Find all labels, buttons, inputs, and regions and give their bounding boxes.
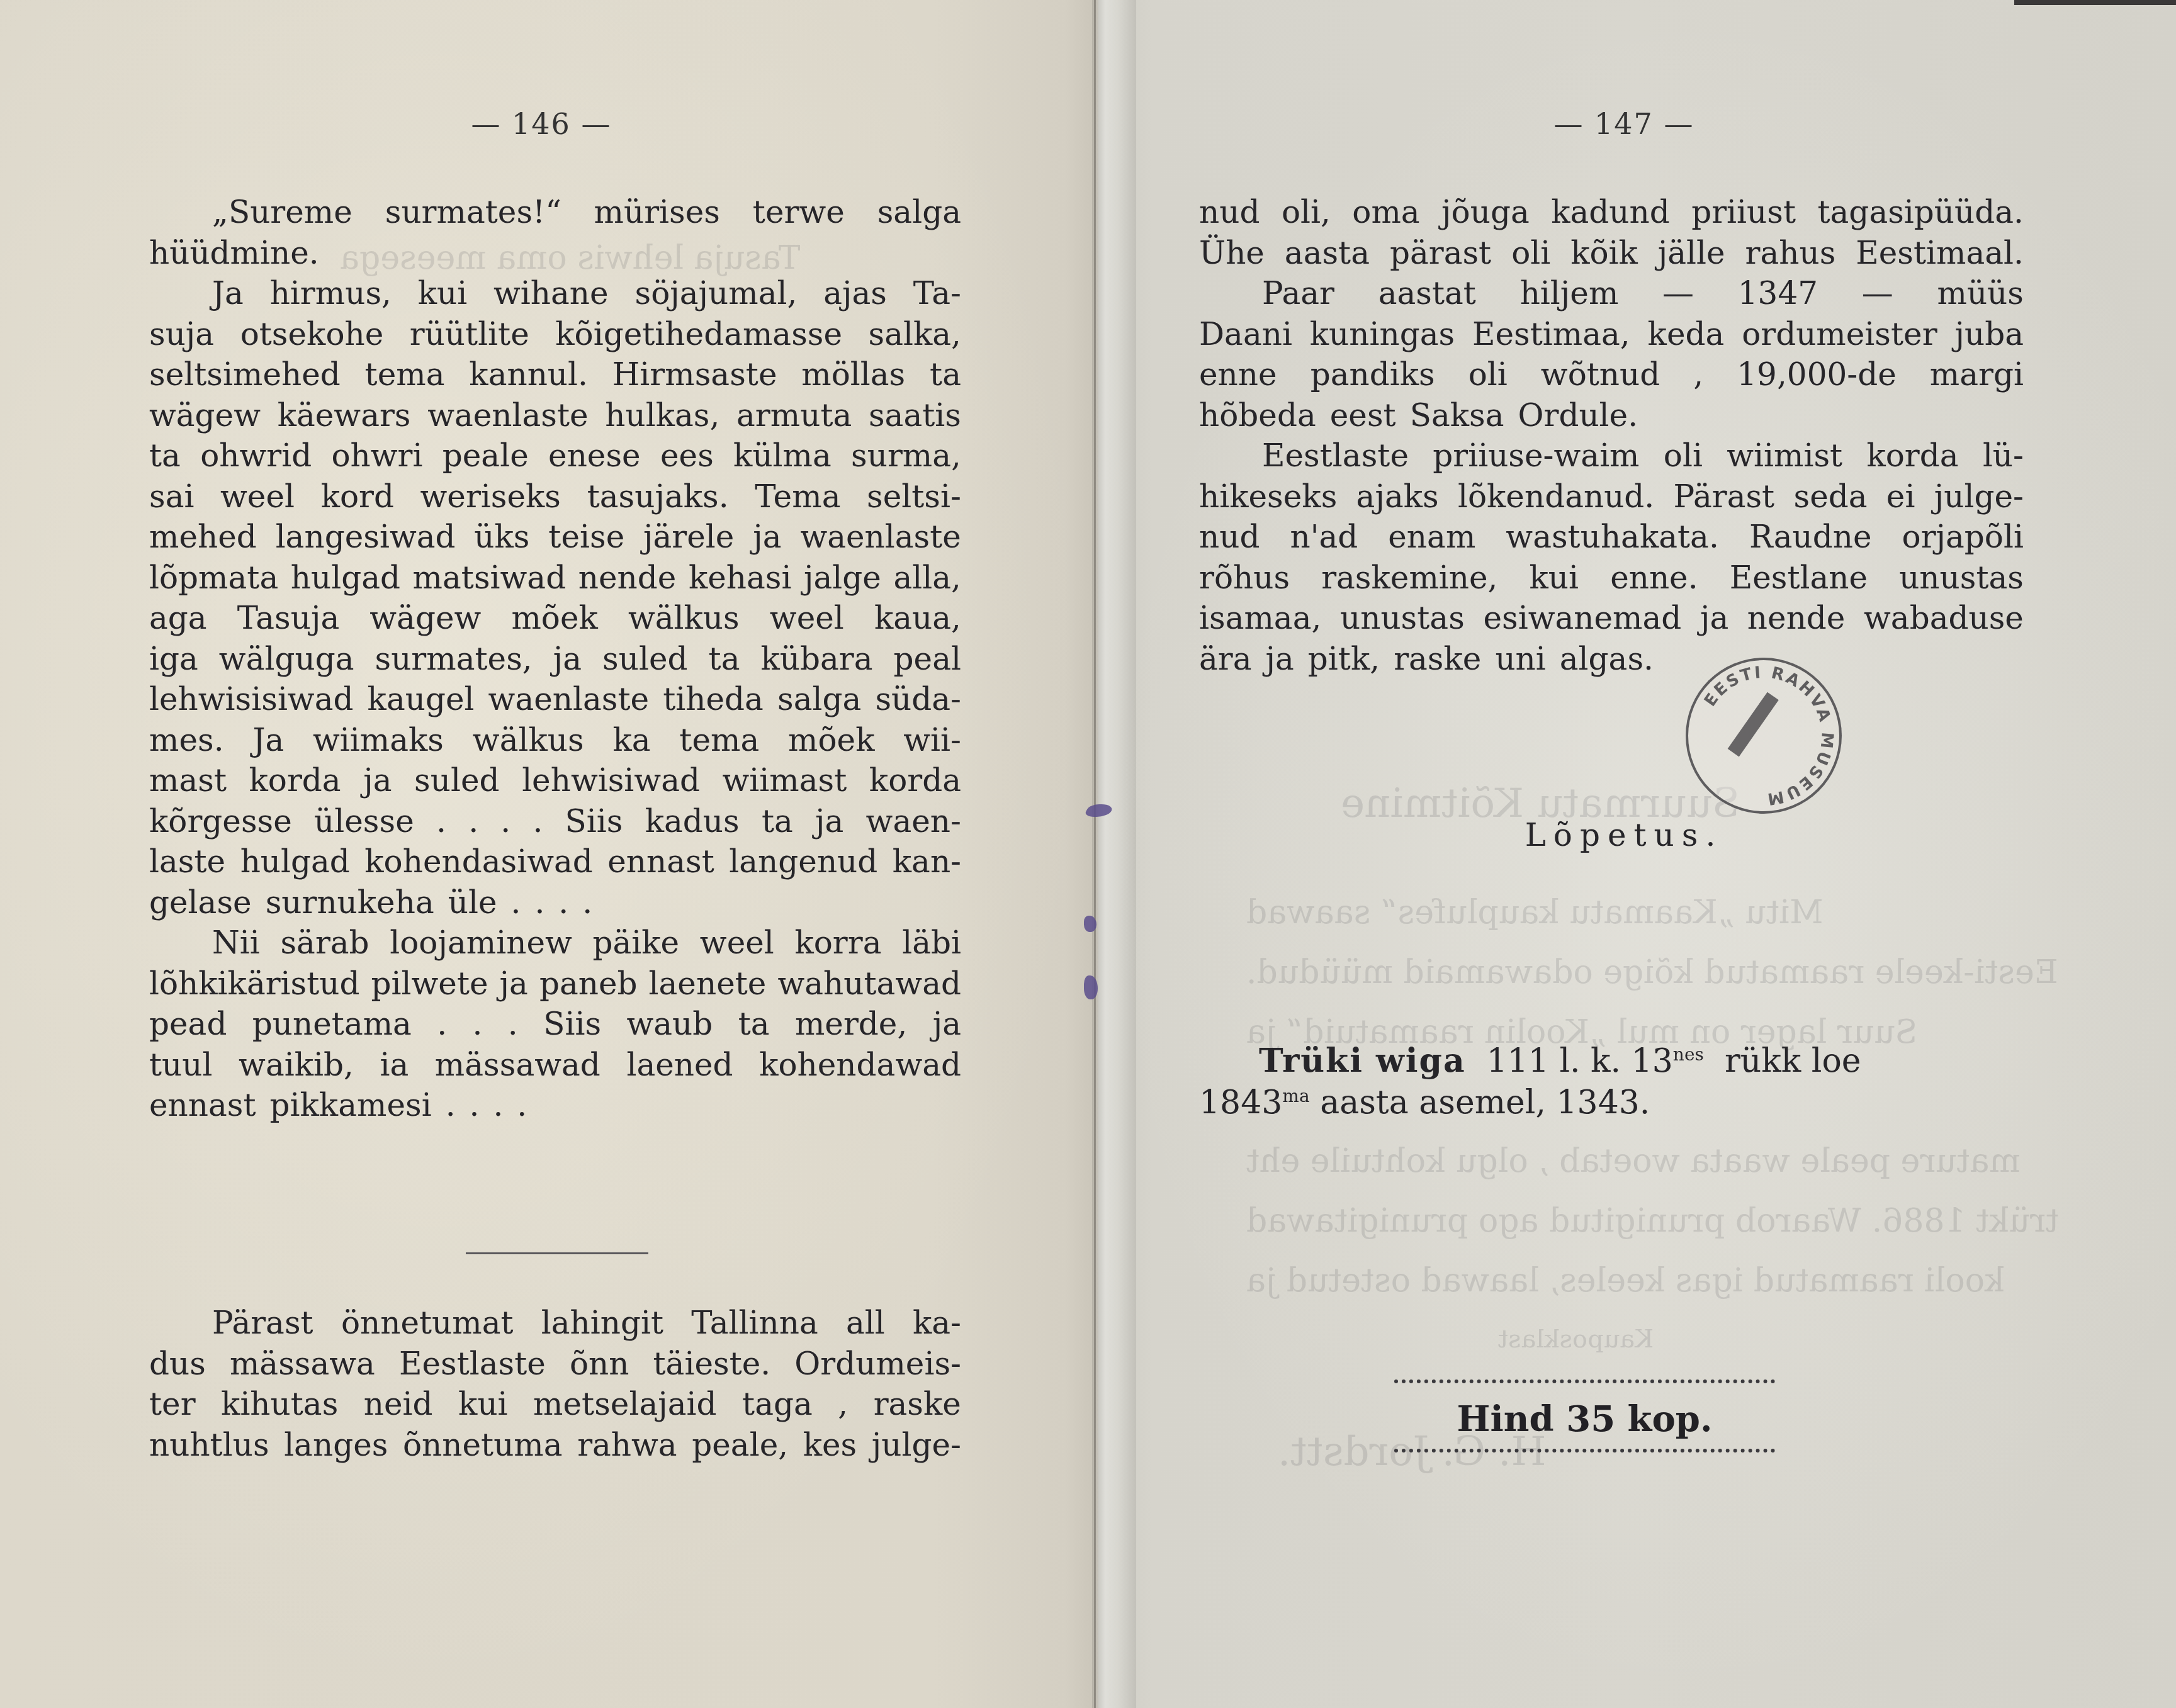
word: õnnetuma xyxy=(403,1425,563,1466)
word: järele xyxy=(643,517,734,558)
closing-heading: Lõpetus. xyxy=(1435,817,1813,853)
word: korda xyxy=(1866,435,1958,476)
word: Saksa xyxy=(1410,395,1504,436)
price-label: Hind 35 kop. xyxy=(1394,1398,1775,1440)
word: waikib, xyxy=(239,1045,354,1086)
word: lõhkikäristud xyxy=(149,964,360,1004)
text-line: lehwisisiwadkaugelwaenlastetihedasalgasü… xyxy=(149,679,961,720)
text-line: ÜheaastapärastolikõikjällerahusEestimaal… xyxy=(1199,233,2024,274)
word: . xyxy=(437,1004,447,1045)
word: tiheda xyxy=(663,679,764,720)
word: metselajaid xyxy=(533,1384,716,1425)
text-line: igawälgugasurmates,jasuledtakübarapeal xyxy=(149,639,961,680)
text-line: kõrgesseülesse....Siiskadustajawaen- xyxy=(149,801,961,842)
word: unustas xyxy=(1899,558,2024,598)
word: langesiwad xyxy=(276,517,456,558)
word: tuul xyxy=(149,1045,213,1086)
text-line: mes.Jawiimakswälkuskatemamõekwii- xyxy=(149,720,961,761)
word: ajas xyxy=(823,273,887,314)
word: ta xyxy=(738,1004,770,1045)
word: otsekohe xyxy=(240,314,384,355)
word: weriseks xyxy=(420,476,561,517)
word: nende xyxy=(578,558,677,598)
word: korda xyxy=(869,760,961,801)
word: raskemine, xyxy=(1321,558,1497,598)
word: keda xyxy=(1648,314,1725,355)
word: „Sureme xyxy=(212,192,352,233)
word: wiimaks xyxy=(313,720,444,761)
word: . xyxy=(493,1085,503,1126)
word: lõpmata xyxy=(149,558,278,598)
word: jõuga xyxy=(1441,192,1530,233)
text-line: agaTasujawägewmõekwälkusweelkaua, xyxy=(149,598,961,639)
show-through-text: Kauposklast xyxy=(1498,1325,1654,1354)
word: oli xyxy=(1469,354,1508,395)
text-line: nudn'adenamwastuhakata.Raudneorjapõli xyxy=(1199,517,2024,558)
word: kõrgesse xyxy=(149,801,292,842)
word: wõtnud xyxy=(1541,354,1660,395)
word: laened xyxy=(626,1045,733,1086)
word: üle xyxy=(448,882,497,923)
word: wiimist xyxy=(1727,435,1842,476)
word: waenlaste xyxy=(488,679,650,720)
errata-sup: nes xyxy=(1673,1044,1704,1065)
word: Ordule. xyxy=(1518,395,1638,436)
word: Eestimaal. xyxy=(1856,233,2024,274)
word: priiuse-waim xyxy=(1433,435,1639,476)
word: aastat xyxy=(1378,273,1476,314)
word: ei xyxy=(1886,476,1915,517)
word: kui xyxy=(458,1384,508,1425)
word: mässawad xyxy=(435,1045,600,1086)
word: Ühe xyxy=(1199,233,1265,274)
scan-edge xyxy=(2014,0,2176,5)
word: ja xyxy=(1700,598,1728,639)
word: hüüdmine. xyxy=(149,233,319,274)
word: 1347 xyxy=(1738,273,1818,314)
text-line: mehedlangesiwadüksteisejärelejawaenlaste xyxy=(149,517,961,558)
word: kehasi xyxy=(689,558,792,598)
text-line: hõbedaeestSaksaOrdule. xyxy=(1199,395,2024,436)
word: ka xyxy=(612,720,650,761)
word: peale xyxy=(443,435,529,476)
word: wastuhakata. xyxy=(1506,517,1718,558)
word: päike xyxy=(592,923,679,964)
word: ta xyxy=(762,801,793,842)
word: hulgad xyxy=(240,841,350,882)
word: alla, xyxy=(893,558,961,598)
word: wägew xyxy=(149,395,261,436)
word: julge- xyxy=(872,1425,961,1466)
word: ia xyxy=(380,1045,409,1086)
word: , xyxy=(1693,354,1703,395)
word: suled xyxy=(602,639,687,680)
text-line: „Suremesurmates!“mürisesterwesalga xyxy=(149,192,961,233)
word: surnukeha xyxy=(266,882,434,923)
word: ja xyxy=(500,964,528,1004)
text-line: terkihutasneidkuimetselajaidtaga,raske xyxy=(149,1384,961,1425)
word: nud xyxy=(1199,517,1260,558)
word: paneb xyxy=(539,964,638,1004)
library-stamp: EESTI RAHVA MUSEUM xyxy=(1686,658,1842,814)
show-through-text: trükt 1886. Waarob prunigitud ago prunig… xyxy=(1246,1202,2059,1240)
word: Eestimaa, xyxy=(1472,314,1630,355)
word: ja xyxy=(363,760,392,801)
word: esiwanemad xyxy=(1483,598,1681,639)
word: waenlaste xyxy=(427,395,589,436)
word: nud xyxy=(1199,192,1260,233)
word: hulkas, xyxy=(605,395,719,436)
word: peal xyxy=(894,639,961,680)
word: raske xyxy=(874,1384,961,1425)
word: Siis xyxy=(543,1004,601,1045)
word: aasta xyxy=(1285,233,1370,274)
word: rahus xyxy=(1745,233,1836,274)
word: oli xyxy=(1511,233,1550,274)
word: tagasipüüda. xyxy=(1817,192,2024,233)
word: jälle xyxy=(1658,233,1725,274)
word: kuningas xyxy=(1310,314,1455,355)
word: ära xyxy=(1199,639,1252,680)
word: korra xyxy=(794,923,881,964)
word: priiust xyxy=(1691,192,1796,233)
word: kohendasiwad xyxy=(364,841,592,882)
word: . xyxy=(533,801,543,842)
word: julge- xyxy=(1934,476,2024,517)
word: ja xyxy=(815,801,843,842)
word: Ta- xyxy=(913,273,961,314)
errata-year-sup: ma xyxy=(1282,1086,1309,1106)
word: müüs xyxy=(1937,273,2023,314)
gutter-crease xyxy=(1094,0,1096,1708)
word: weel xyxy=(220,476,295,517)
word: all xyxy=(846,1303,885,1344)
word: tema xyxy=(365,354,445,395)
word: mes. xyxy=(149,720,224,761)
word: wabaduse xyxy=(1864,598,2024,639)
text-line: mastkordajasuledlehwisiwadwiimastkorda xyxy=(149,760,961,801)
word: wii- xyxy=(903,720,961,761)
text-line: wägewkäewarswaenlastehulkas,armutasaatis xyxy=(149,395,961,436)
text-line: rõhusraskemine,kuienne.Eestlaneunustas xyxy=(1199,558,2024,598)
word: kadus xyxy=(645,801,740,842)
word: Pärast xyxy=(1674,476,1775,517)
word: hulgad xyxy=(291,558,400,598)
word: wälguga xyxy=(219,639,354,680)
text-line: Jahirmus,kuiwihanesöjajumal,ajasTa- xyxy=(149,273,961,314)
word: surmates!“ xyxy=(385,192,561,233)
word: wälkus xyxy=(473,720,584,761)
word: söjajumal, xyxy=(634,273,797,314)
word: langes xyxy=(284,1425,388,1466)
word: weel xyxy=(770,598,844,639)
word: õnn xyxy=(570,1344,629,1385)
word: ajaks xyxy=(1356,476,1439,517)
word: iga xyxy=(149,639,198,680)
word: uni xyxy=(1495,639,1545,680)
word: Paar xyxy=(1262,273,1334,314)
word: mõek xyxy=(788,720,874,761)
word: ja xyxy=(1266,639,1294,680)
word: armuta xyxy=(736,395,852,436)
word: hiljem xyxy=(1520,273,1619,314)
word: laenete xyxy=(649,964,767,1004)
word: terwe xyxy=(753,192,845,233)
word: n'ad xyxy=(1290,517,1358,558)
word: kui xyxy=(418,273,468,314)
word: . xyxy=(517,1085,527,1126)
word: seda xyxy=(1794,476,1868,517)
word: surmates, xyxy=(375,639,533,680)
word: suja xyxy=(149,314,214,355)
word: ülesse xyxy=(314,801,414,842)
page-number-right: — 147 — xyxy=(1435,107,1813,141)
left-page-text: „Suremesurmates!“mürisesterwesalgahüüdmi… xyxy=(149,192,961,1126)
word: pead xyxy=(149,1004,227,1045)
word: lõkendanud. xyxy=(1458,476,1654,517)
errata-line-2: 1843ma aasta asemel, 1343. xyxy=(1199,1084,1650,1121)
word: ja xyxy=(753,517,781,558)
word: seltsi- xyxy=(867,476,961,517)
word: enne. xyxy=(1610,558,1698,598)
text-line: hüüdmine. xyxy=(149,233,961,274)
dotted-rule-bottom xyxy=(1394,1449,1775,1452)
word: önnetumat xyxy=(341,1303,514,1344)
word: üks xyxy=(474,517,529,558)
word: gelase xyxy=(149,882,252,923)
word: . xyxy=(470,1085,480,1126)
word: möllas xyxy=(801,354,905,395)
word: mast xyxy=(149,760,227,801)
word: kannul. xyxy=(469,354,588,395)
text-line: DaanikuningasEestimaa,kedaordumeisterjub… xyxy=(1199,314,2024,355)
word: langenud xyxy=(729,841,877,882)
word: ta xyxy=(930,354,961,395)
word: kõik xyxy=(1570,233,1638,274)
word: ennast xyxy=(607,841,714,882)
word: ter xyxy=(149,1384,196,1425)
word: unustas xyxy=(1340,598,1465,639)
word: täieste. xyxy=(653,1344,771,1385)
word: raske xyxy=(1394,639,1481,680)
word: Raudne xyxy=(1749,517,1872,558)
word: algas. xyxy=(1560,639,1654,680)
word: ohwrid xyxy=(200,435,312,476)
word: orjapõli xyxy=(1902,517,2024,558)
word: ta xyxy=(709,639,740,680)
word: kübara xyxy=(761,639,873,680)
text-line: ennastpikkamesi.... xyxy=(149,1085,961,1126)
word: teise xyxy=(548,517,624,558)
word: enese xyxy=(548,435,641,476)
text-line: gelasesurnukehaüle.... xyxy=(149,882,961,923)
word: tema xyxy=(679,720,759,761)
word: weel xyxy=(700,923,774,964)
section-separator xyxy=(466,1252,648,1254)
word: Eestlaste xyxy=(1262,435,1409,476)
word: lahingit xyxy=(541,1303,663,1344)
word: merde, xyxy=(795,1004,907,1045)
word: pilwete xyxy=(371,964,488,1004)
word: mürises xyxy=(594,192,720,233)
word: — xyxy=(1662,273,1694,314)
word: rahwa xyxy=(577,1425,677,1466)
text-line: ennepandiksoliwõtnud,19,000-demargi xyxy=(1199,354,2024,395)
word: . xyxy=(558,882,568,923)
right-page-text: nudoli,omajõugakadundpriiusttagasipüüda.… xyxy=(1199,192,2024,679)
word: wägew xyxy=(369,598,481,639)
word: ja xyxy=(933,1004,961,1045)
word: . xyxy=(473,1004,483,1045)
margin-ink-mark xyxy=(1084,975,1098,999)
show-through-text: mature peale waata woetab , olgu kohtuil… xyxy=(1246,1142,2021,1180)
word: kadund xyxy=(1551,192,1670,233)
word: pandiks xyxy=(1311,354,1435,395)
word: — xyxy=(1862,273,1893,314)
word: oli, xyxy=(1282,192,1331,233)
errata-line-1: Trüki wiga 111 l. k. 13nes rükk loe xyxy=(1259,1042,1861,1080)
text-line: ärajapitk,raskeunialgas. xyxy=(1199,639,2024,680)
word: pikkamesi xyxy=(270,1085,432,1126)
errata-correction: aasta asemel, 1343. xyxy=(1320,1084,1650,1121)
word: Ja xyxy=(212,273,244,314)
word: külma xyxy=(733,435,832,476)
word: . xyxy=(446,1085,456,1126)
word: Siis xyxy=(565,801,623,842)
word: lü- xyxy=(1983,435,2024,476)
word: . xyxy=(511,882,521,923)
text-line: PärastönnetumatlahingitTallinnaallka- xyxy=(149,1303,961,1344)
word: Eestlaste xyxy=(399,1344,546,1385)
word: punetama xyxy=(252,1004,412,1045)
left-page-text-continued: PärastönnetumatlahingitTallinnaallka-dus… xyxy=(149,1303,961,1465)
word: kes xyxy=(803,1425,857,1466)
text-line: nudoli,omajõugakadundpriiusttagasipüüda. xyxy=(1199,192,2024,233)
text-line: isamaa,unustasesiwanemadjanendewabaduse xyxy=(1199,598,2024,639)
word: nuhtlus xyxy=(149,1425,269,1466)
text-line: Paaraastathiljem—1347—müüs xyxy=(1199,273,2024,314)
text-line: lõhkikäristudpilwetejapaneblaenetewahuta… xyxy=(149,964,961,1004)
word: salga xyxy=(777,679,861,720)
word: kord xyxy=(321,476,394,517)
word: käewars xyxy=(278,395,411,436)
word: kan- xyxy=(893,841,961,882)
text-line: dusmässawaEestlasteõnntäieste.Ordumeis- xyxy=(149,1344,961,1385)
word: surma, xyxy=(851,435,961,476)
word: ohwri xyxy=(331,435,422,476)
margin-ink-mark xyxy=(1084,916,1096,932)
word: kui xyxy=(1530,558,1579,598)
word: margi xyxy=(1930,354,2024,395)
text-line: sujaotsekoherüütlitekõigetihedamassesalk… xyxy=(149,314,961,355)
word: Pärast xyxy=(212,1303,313,1344)
word: Hirmsaste xyxy=(612,354,777,395)
word: ees xyxy=(660,435,714,476)
word: lehwisisiwad xyxy=(149,679,354,720)
word: ennast xyxy=(149,1085,256,1126)
text-line: peadpunetama...Siiswaubtamerde,ja xyxy=(149,1004,961,1045)
word: läbi xyxy=(902,923,961,964)
word: wahutawad xyxy=(777,964,961,1004)
word: waen- xyxy=(866,801,961,842)
show-through-text: Eesti-keele raamatud kõige odawamaid müü… xyxy=(1246,953,2058,991)
text-line: lastehulgadkohendasiwadennastlangenudkan… xyxy=(149,841,961,882)
word: loojaminew xyxy=(390,923,572,964)
text-line: saiweelkordwerisekstasujaks.Temaseltsi- xyxy=(149,476,961,517)
word: . xyxy=(436,801,446,842)
word: laste xyxy=(149,841,225,882)
word: aga xyxy=(149,598,207,639)
word: . xyxy=(468,801,478,842)
word: . xyxy=(508,1004,518,1045)
word: kõigetihedamasse xyxy=(555,314,842,355)
word: Ordumeis- xyxy=(794,1344,961,1385)
word: Daani xyxy=(1199,314,1292,355)
word: Nii xyxy=(212,923,260,964)
word: hirmus, xyxy=(270,273,392,314)
text-line: lõpmatahulgadmatsiwadnendekehasijalgeall… xyxy=(149,558,961,598)
word: isamaa, xyxy=(1199,598,1321,639)
word: Tallinna xyxy=(691,1303,818,1344)
word: tasujaks. xyxy=(587,476,729,517)
word: ja xyxy=(553,639,582,680)
text-line: hikeseksajakslõkendanud.Pärastsedaeijulg… xyxy=(1199,476,2024,517)
word: salga xyxy=(877,192,961,233)
word: juba xyxy=(1954,314,2024,355)
word: Tasuja xyxy=(237,598,339,639)
word: Tema xyxy=(755,476,840,517)
word: mõek xyxy=(511,598,597,639)
word: eest xyxy=(1330,395,1396,436)
word: , xyxy=(838,1384,848,1425)
word: wihane xyxy=(493,273,609,314)
text-line: Niisärabloojaminewpäikeweelkorraläbi xyxy=(149,923,961,964)
show-through-text: kooli raamatud igas keeles, laawad ostet… xyxy=(1246,1262,2005,1300)
word: enne xyxy=(1199,354,1277,395)
word: wiimast xyxy=(723,760,847,801)
word: enam xyxy=(1388,517,1475,558)
word: salka, xyxy=(869,314,961,355)
word: 19,000-de xyxy=(1737,354,1896,395)
word: särab xyxy=(280,923,369,964)
word: rõhus xyxy=(1199,558,1290,598)
word: oli xyxy=(1664,435,1703,476)
word: kaugel xyxy=(368,679,475,720)
text-line: Eestlastepriiuse-waimoliwiimistkordalü- xyxy=(1199,435,2024,476)
word: Ja xyxy=(252,720,284,761)
word: jalge xyxy=(804,558,881,598)
word: suled xyxy=(414,760,499,801)
word: matsiwad xyxy=(413,558,567,598)
word: waub xyxy=(626,1004,713,1045)
word: süda- xyxy=(875,679,961,720)
word: pärast xyxy=(1390,233,1491,274)
book-gutter xyxy=(1092,0,1136,1708)
word: nende xyxy=(1747,598,1846,639)
word: wälkus xyxy=(628,598,740,639)
text-line: nuhtluslangesõnnetumarahwapeale,kesjulge… xyxy=(149,1425,961,1466)
errata-year: 1843 xyxy=(1199,1084,1282,1121)
word: kohendawad xyxy=(759,1045,961,1086)
word: peale, xyxy=(692,1425,788,1466)
text-line: tuulwaikib,iamässawadlaenedkohendawad xyxy=(149,1045,961,1086)
word: korda xyxy=(249,760,341,801)
page-number-left: — 146 — xyxy=(352,107,730,141)
word: dus xyxy=(149,1344,206,1385)
word: hõbeda xyxy=(1199,395,1316,436)
word: neid xyxy=(364,1384,433,1425)
word: . xyxy=(582,882,592,923)
